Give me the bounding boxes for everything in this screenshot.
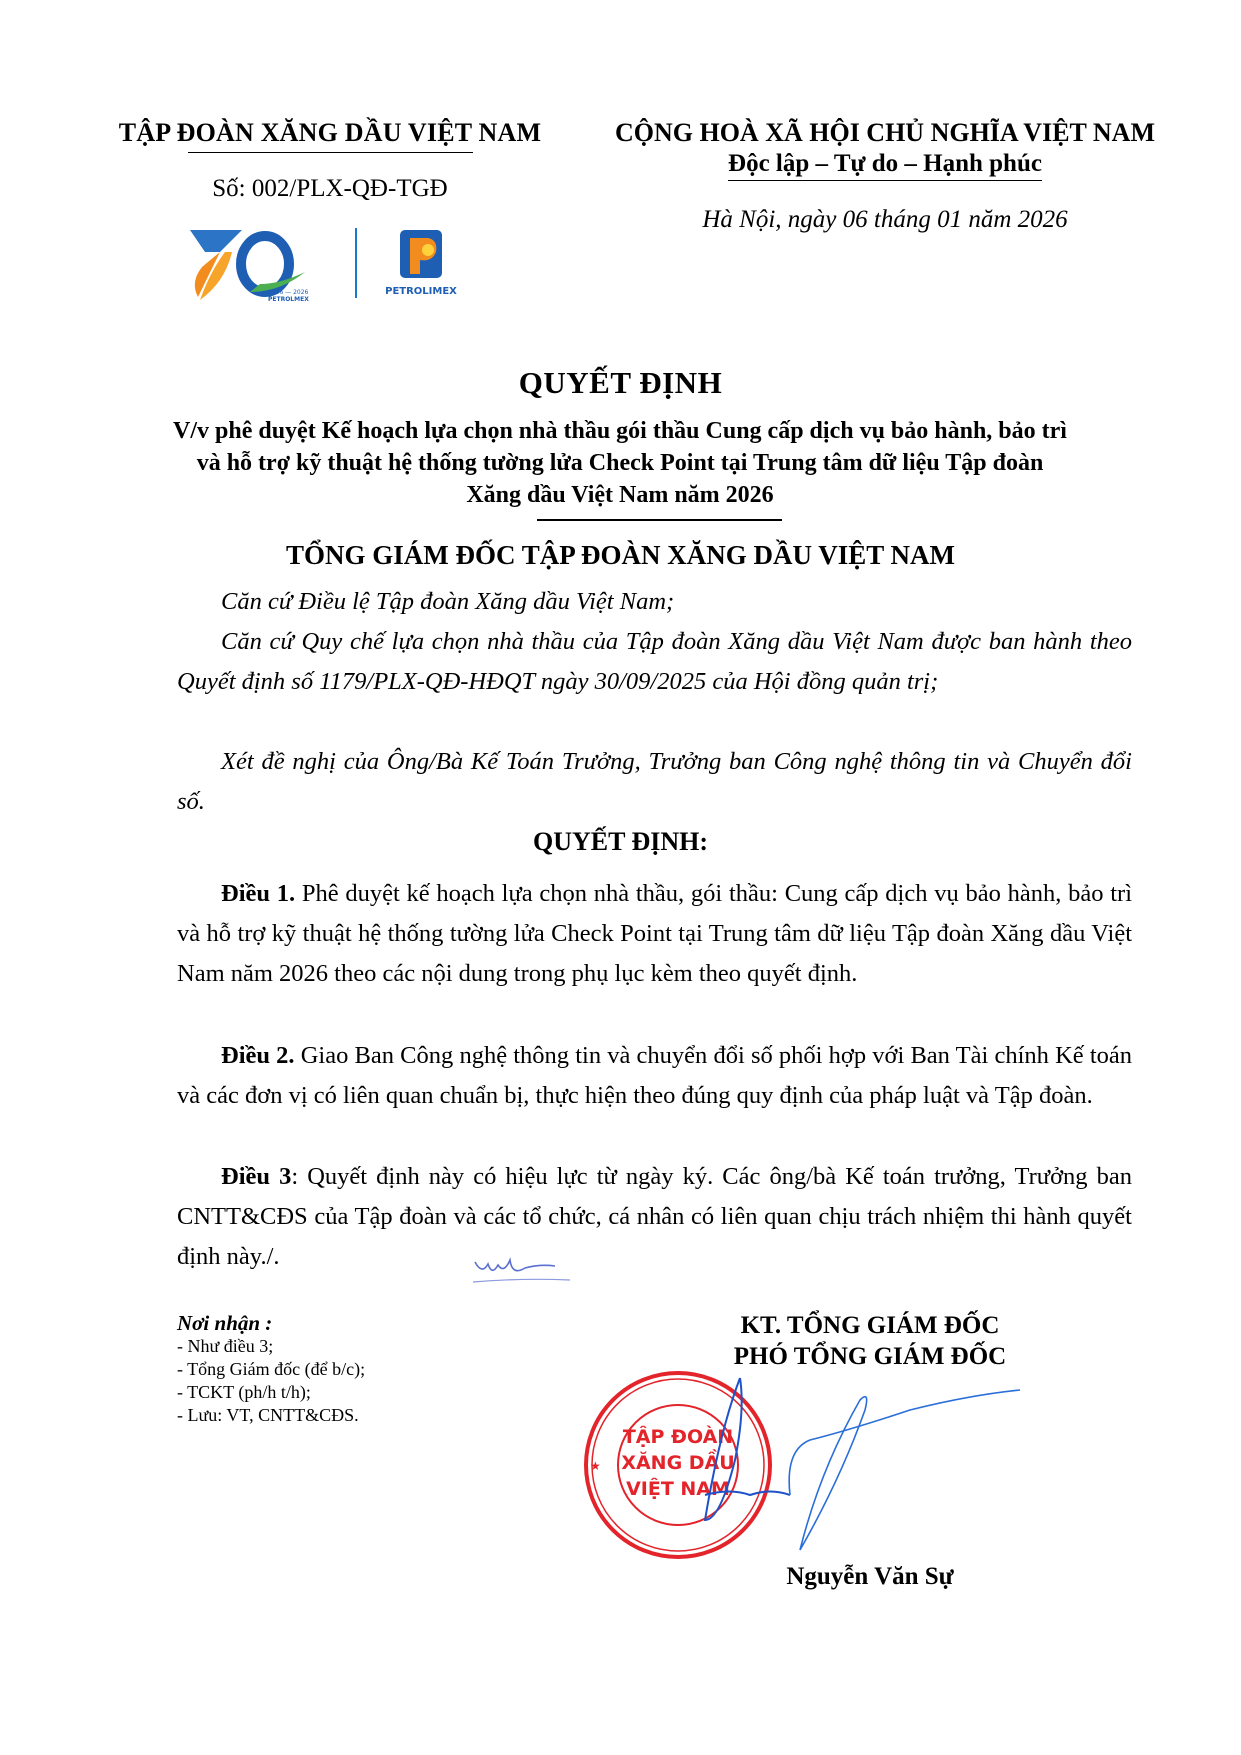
logo-group: 1956 — 2026 PETROLMEX PETROLIMEX [180,222,480,307]
national-motto: Độc lập – Tự do – Hạnh phúc [728,150,1042,181]
nation-name: CỘNG HOÀ XÃ HỘI CHỦ NGHĨA VIỆT NAM [585,118,1185,148]
recipient-item: - Như điều 3; [177,1335,365,1358]
recipients-block: Nơi nhận : - Như điều 3; - Tổng Giám đốc… [177,1312,365,1427]
basis-3: Xét đề nghị của Ông/Bà Kế Toán Trưởng, T… [177,742,1132,822]
signature-title-block: KT. TỔNG GIÁM ĐỐC PHÓ TỔNG GIÁM ĐỐC [690,1310,1050,1372]
issuer-block: TẬP ĐOÀN XĂNG DẦU VIỆT NAM Số: 002/PLX-Q… [100,118,560,203]
article-1: Điều 1. Phê duyệt kế hoạch lựa chọn nhà … [177,874,1132,994]
issuing-authority: TỔNG GIÁM ĐỐC TẬP ĐOÀN XĂNG DẦU VIỆT NAM [0,540,1241,571]
petrolimex-logo-icon: PETROLIMEX [385,230,457,297]
subject-divider [537,519,782,521]
signature-line-1: KT. TỔNG GIÁM ĐỐC [690,1310,1050,1341]
initials-signature-icon [470,1250,580,1290]
anniversary-70-logo-icon: 1956 — 2026 PETROLMEX [190,230,309,303]
svg-text:PETROLIMEX: PETROLIMEX [385,286,457,297]
place-and-date: Hà Nội, ngày 06 tháng 01 năm 2026 [585,206,1185,234]
basis-1: Căn cứ Điều lệ Tập đoàn Xăng dầu Việt Na… [177,582,1132,622]
recipients-heading: Nơi nhận : [177,1312,365,1335]
handwritten-signature-icon [690,1370,1030,1570]
recipient-item: - TCKT (ph/h t/h); [177,1381,365,1404]
document-subject: V/v phê duyệt Kế hoạch lựa chọn nhà thầu… [170,415,1070,511]
decision-heading: QUYẾT ĐỊNH: [0,827,1241,857]
basis-2: Căn cứ Quy chế lựa chọn nhà thầu của Tập… [177,622,1132,702]
organization-underline [188,152,473,153]
organization-name: TẬP ĐOÀN XĂNG DẦU VIỆT NAM [100,118,560,148]
logo-separator [355,228,357,298]
national-header-block: CỘNG HOÀ XÃ HỘI CHỦ NGHĨA VIỆT NAM Độc l… [585,118,1185,234]
document-number: Số: 002/PLX-QĐ-TGĐ [100,175,560,203]
recipient-item: - Tổng Giám đốc (để b/c); [177,1358,365,1381]
recipient-item: - Lưu: VT, CNTT&CĐS. [177,1404,365,1427]
document-title: QUYẾT ĐỊNH [0,365,1241,401]
svg-text:★: ★ [590,1459,601,1473]
svg-text:1956 — 2026: 1956 — 2026 [268,289,309,296]
article-3: Điều 3: Quyết định này có hiệu lực từ ng… [177,1157,1132,1277]
article-2: Điều 2. Giao Ban Công nghệ thông tin và … [177,1036,1132,1116]
signer-name: Nguyễn Văn Sự [690,1563,1050,1591]
svg-text:PETROLMEX: PETROLMEX [268,296,309,303]
